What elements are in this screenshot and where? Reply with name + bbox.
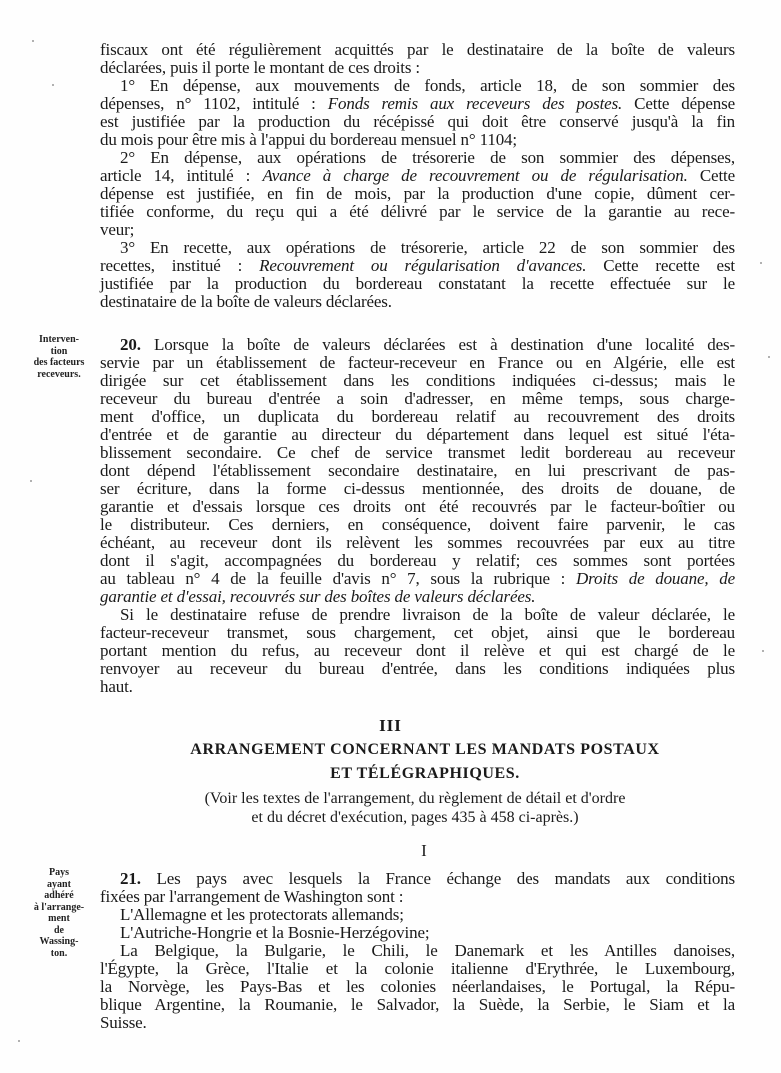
text-line: le distributeur. Ces derniers, en conséq… xyxy=(100,516,735,534)
italic-rubric: Droits de douane, de xyxy=(576,569,735,588)
section-number: III xyxy=(0,716,781,736)
scan-speck xyxy=(768,356,770,358)
item-2-line: 2° En dépense, aux opérations de trésore… xyxy=(100,149,735,167)
item-3-line: justifiée par la production du bordereau… xyxy=(100,275,735,293)
section-title-line: ARRANGEMENT CONCERNANT LES MANDATS POSTA… xyxy=(150,738,700,762)
italic-title: Recouvrement ou régularisation d'avances… xyxy=(259,256,586,275)
text-line: échéant, au receveur dont ils relèvent l… xyxy=(100,534,735,552)
margin-note-line: receveurs. xyxy=(18,369,100,381)
text-line: dont dépend l'établissement secondaire d… xyxy=(100,462,735,480)
text-line: d'entrée et de garantie au directeur du … xyxy=(100,426,735,444)
italic-rubric: garantie et d'essai, recouvrés sur des b… xyxy=(100,588,735,606)
item-3-line: recettes, institué : Recouvrement ou rég… xyxy=(100,257,735,275)
text-seg: Cette recette est xyxy=(586,256,735,275)
document-page: fiscaux ont été régulièrement acquittés … xyxy=(0,0,781,1073)
item-1-line: 1° En dépense, aux mouvements de fonds, … xyxy=(100,77,735,95)
paragraph-number: 21. xyxy=(120,869,141,888)
text-line: fiscaux ont été régulièrement acquittés … xyxy=(100,41,735,59)
item-1-line: dépenses, n° 1102, intitulé : Fonds remi… xyxy=(100,95,735,113)
item-3-line: 3° En recette, aux opérations de trésore… xyxy=(100,239,735,257)
section-note: (Voir les textes de l'arrangement, du rè… xyxy=(120,789,710,827)
paragraph-first-line: 20. Lorsque la boîte de valeurs déclarée… xyxy=(100,336,735,354)
rubric-line: au tableau n° 4 de la feuille d'avis n° … xyxy=(100,570,735,588)
text-seg: recettes, institué : xyxy=(100,256,259,275)
refusal-line: haut. xyxy=(100,678,735,696)
country-line: La Belgique, la Bulgarie, le Chili, le D… xyxy=(100,942,735,960)
margin-note-line: Interven- xyxy=(18,334,100,346)
country-item: L'Autriche-Hongrie et la Bosnie-Herzégov… xyxy=(100,924,735,942)
text-line: garantie et d'essais lorsque ces droits … xyxy=(100,498,735,516)
text-line: servie par un établissement de facteur-r… xyxy=(100,354,735,372)
scan-speck xyxy=(762,650,764,652)
item-2-line: tifiée conforme, du reçu qui a été déliv… xyxy=(100,203,735,221)
country-line: la Norvège, les Pays-Bas et les colonies… xyxy=(100,978,735,996)
margin-note-line: des facteurs xyxy=(18,357,100,369)
scan-speck xyxy=(32,40,34,42)
item-2-line: dépense est justifiée, en fin de mois, p… xyxy=(100,185,735,203)
text-line: ment d'office, un duplicata du bordereau… xyxy=(100,408,735,426)
text-line: fixées par l'arrangement de Washington s… xyxy=(100,888,735,906)
text-line: blissement secondaire. Ce chef de servic… xyxy=(100,444,735,462)
margin-note-intervention: Interven- tion des facteurs receveurs. xyxy=(18,334,100,380)
text-seg: dépenses, n° 1102, intitulé : xyxy=(100,94,328,113)
italic-title: Avance à charge de recouvrement ou de ré… xyxy=(262,166,687,185)
section-note-line: (Voir les textes de l'arrangement, du rè… xyxy=(120,789,710,808)
item-2-line: article 14, intitulé : Avance à charge d… xyxy=(100,167,735,185)
item-1-line: est justifiée par la production du récép… xyxy=(100,113,735,131)
top-block: fiscaux ont été régulièrement acquittés … xyxy=(100,41,735,311)
section-note-line: et du décret d'exécution, pages 435 à 45… xyxy=(120,808,710,827)
country-line: blique Argentine, la Roumanie, le Salvad… xyxy=(100,996,735,1014)
refusal-line: facteur-receveur transmet, sous chargeme… xyxy=(100,624,735,642)
text-line: déclarées, puis il porte le montant de c… xyxy=(100,59,735,77)
scan-speck xyxy=(30,480,32,482)
item-2-line: veur; xyxy=(100,221,735,239)
country-line: l'Égypte, la Grèce, l'Italie et la colon… xyxy=(100,960,735,978)
scan-speck xyxy=(18,1040,20,1042)
margin-note-washington: Pays ayant adhéré à l'arrange- ment de W… xyxy=(18,867,100,959)
scan-speck xyxy=(52,84,54,86)
text-seg: au tableau n° 4 de la feuille d'avis n° … xyxy=(100,569,576,588)
paragraph-20: 20. Lorsque la boîte de valeurs déclarée… xyxy=(100,336,735,696)
refusal-line: renvoyer au receveur du bureau d'entrée,… xyxy=(100,660,735,678)
margin-note-line: à l'arrange- xyxy=(18,902,100,914)
paragraph-21: 21. Les pays avec lesquels la France éch… xyxy=(100,870,735,1032)
paragraph-number: 20. xyxy=(120,335,141,354)
item-1-line: du mois pour être mis à l'appui du borde… xyxy=(100,131,735,149)
text-line: dont il s'agit, accompagnées du borderea… xyxy=(100,552,735,570)
text-seg: Les pays avec lesquels la France échange… xyxy=(141,869,735,888)
text-line: receveur du bureau d'entrée a soin d'adr… xyxy=(100,390,735,408)
section-title-line: ET TÉLÉGRAPHIQUES. xyxy=(150,762,700,786)
margin-note-line: adhéré xyxy=(18,890,100,902)
margin-note-line: ment xyxy=(18,913,100,925)
text-seg: Lorsque la boîte de valeurs déclarées es… xyxy=(141,335,735,354)
scan-speck xyxy=(760,262,762,264)
text-line: ser écriture, dans la forme ci-dessus me… xyxy=(100,480,735,498)
refusal-line: Si le destinataire refuse de prendre liv… xyxy=(100,606,735,624)
margin-note-line: Wassing- xyxy=(18,936,100,948)
section-title: ARRANGEMENT CONCERNANT LES MANDATS POSTA… xyxy=(150,738,700,786)
text-seg: Cette dépense xyxy=(622,94,735,113)
item-3-line: destinataire de la boîte de valeurs décl… xyxy=(100,293,735,311)
margin-note-line: ton. xyxy=(18,948,100,960)
subsection-number: I xyxy=(0,841,781,861)
margin-note-line: tion xyxy=(18,346,100,358)
italic-title: Fonds remis aux receveurs des postes. xyxy=(328,94,622,113)
text-line: dirigée sur cet établissement dans les c… xyxy=(100,372,735,390)
paragraph-first-line: 21. Les pays avec lesquels la France éch… xyxy=(100,870,735,888)
text-seg: article 14, intitulé : xyxy=(100,166,262,185)
margin-note-line: Pays xyxy=(18,867,100,879)
text-seg: Cette xyxy=(688,166,735,185)
country-line: Suisse. xyxy=(100,1014,735,1032)
country-item: L'Allemagne et les protectorats allemand… xyxy=(100,906,735,924)
refusal-line: portant mention du refus, au receveur do… xyxy=(100,642,735,660)
margin-note-line: ayant xyxy=(18,879,100,891)
margin-note-line: de xyxy=(18,925,100,937)
